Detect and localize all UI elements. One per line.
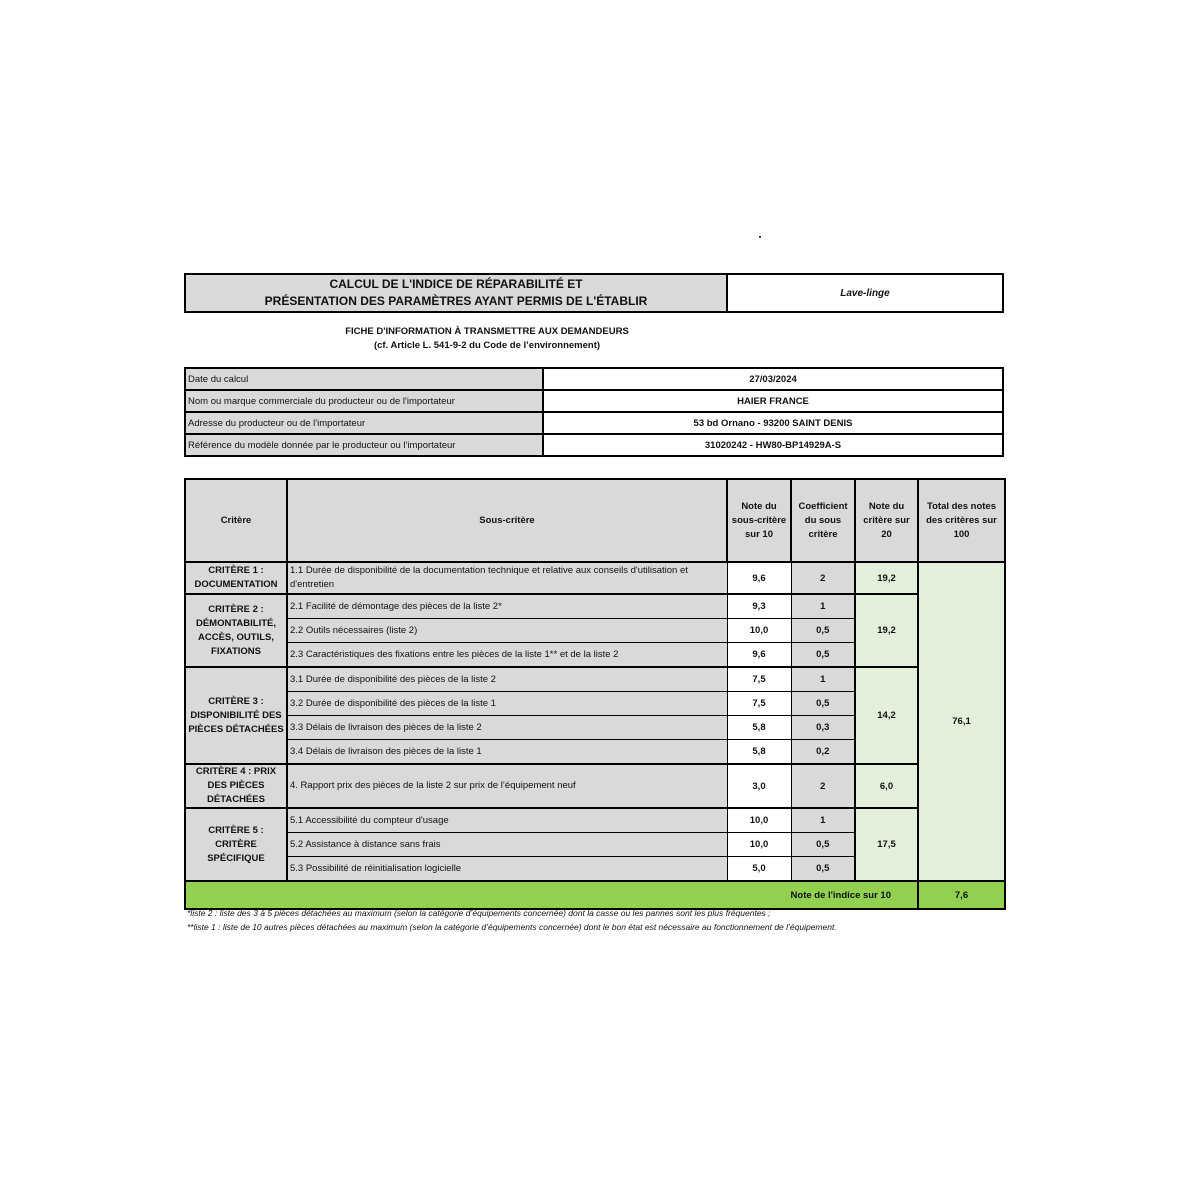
table-header-row: Critère Sous-critère Note du sous-critèr…: [185, 479, 1005, 562]
sub-criterion-label: 2.2 Outils nécessaires (liste 2): [287, 619, 727, 643]
header-sous-critere: Sous-critère: [287, 479, 727, 562]
sub-criterion-note: 10,0: [727, 833, 791, 857]
sub-criterion-note: 10,0: [727, 619, 791, 643]
info-value: 53 bd Ornano - 93200 SAINT DENIS: [543, 412, 1003, 434]
info-value: 27/03/2024: [543, 368, 1003, 390]
sub-criterion-label: 4. Rapport prix des pièces de la liste 2…: [287, 764, 727, 808]
info-label: Nom ou marque commerciale du producteur …: [185, 390, 543, 412]
title-line-2: PRÉSENTATION DES PARAMÈTRES AYANT PERMIS…: [186, 293, 726, 310]
document-title: CALCUL DE L'INDICE DE RÉPARABILITÉ ET PR…: [185, 274, 727, 312]
sub-criterion-label: 2.1 Facilité de démontage des pièces de …: [287, 594, 727, 619]
criterion-label: CRITÈRE 3 : DISPONIBILITÉ DES PIÈCES DÉT…: [185, 667, 287, 764]
sub-criterion-coefficient: 0,5: [791, 692, 855, 716]
sub-criterion-coefficient: 2: [791, 764, 855, 808]
criterion-label: CRITÈRE 1 : DOCUMENTATION: [185, 562, 287, 594]
header-critere: Critère: [185, 479, 287, 562]
sub-criterion-note: 10,0: [727, 808, 791, 833]
criterion-label: CRITÈRE 5 : CRITÈRE SPÉCIFIQUE: [185, 808, 287, 881]
sub-criterion-note: 3,0: [727, 764, 791, 808]
sub-criterion-label: 3.4 Délais de livraison des pièces de la…: [287, 740, 727, 765]
criterion-note-20: 14,2: [855, 667, 918, 764]
criterion-note-20: 17,5: [855, 808, 918, 881]
criterion-note-20: 19,2: [855, 594, 918, 667]
header-coefficient: Coefficient du sous critère: [791, 479, 855, 562]
table-row: CRITÈRE 4 : PRIX DES PIÈCES DÉTACHÉES4. …: [185, 764, 1005, 808]
info-label: Adresse du producteur ou de l'importateu…: [185, 412, 543, 434]
sub-criterion-coefficient: 2: [791, 562, 855, 594]
sub-criterion-coefficient: 0,5: [791, 643, 855, 668]
criterion-label: CRITÈRE 4 : PRIX DES PIÈCES DÉTACHÉES: [185, 764, 287, 808]
sub-criterion-note: 9,6: [727, 562, 791, 594]
title-line-1: CALCUL DE L'INDICE DE RÉPARABILITÉ ET: [186, 276, 726, 293]
criterion-note-20: 6,0: [855, 764, 918, 808]
final-score-value: 7,6: [918, 881, 1005, 909]
sub-criterion-coefficient: 1: [791, 667, 855, 692]
sub-criterion-label: 3.3 Délais de livraison des pièces de la…: [287, 716, 727, 740]
subtitle-line-2: (cf. Article L. 541-9-2 du Code de l’env…: [184, 339, 790, 353]
info-value: 31020242 - HW80-BP14929A-S: [543, 434, 1003, 456]
title-block: CALCUL DE L'INDICE DE RÉPARABILITÉ ET PR…: [184, 273, 1004, 313]
footnote-liste-2: *liste 2 : liste des 3 à 5 pièces détach…: [187, 906, 837, 920]
subtitle-line-1: FICHE D'INFORMATION À TRANSMETTRE AUX DE…: [184, 325, 790, 339]
info-label: Référence du modèle donnée par le produc…: [185, 434, 543, 456]
header-note-sous-critere: Note du sous-critère sur 10: [727, 479, 791, 562]
info-label: Date du calcul: [185, 368, 543, 390]
stray-dot: [759, 236, 761, 238]
total-score-100: 76,1: [918, 562, 1005, 881]
sub-criterion-note: 5,8: [727, 740, 791, 765]
sub-criterion-coefficient: 0,5: [791, 833, 855, 857]
sub-criterion-note: 9,6: [727, 643, 791, 668]
sub-criterion-coefficient: 1: [791, 594, 855, 619]
info-row: Adresse du producteur ou de l'importateu…: [185, 412, 1003, 434]
criterion-label: CRITÈRE 2 : DÉMONTABILITÉ, ACCÈS, OUTILS…: [185, 594, 287, 667]
header-total: Total des notes des critères sur 100: [918, 479, 1005, 562]
sub-criterion-coefficient: 0,2: [791, 740, 855, 765]
sub-criterion-coefficient: 1: [791, 808, 855, 833]
sub-criterion-note: 5,8: [727, 716, 791, 740]
sub-criterion-coefficient: 0,5: [791, 619, 855, 643]
sub-criterion-note: 7,5: [727, 667, 791, 692]
info-row: Date du calcul27/03/2024: [185, 368, 1003, 390]
info-row: Nom ou marque commerciale du producteur …: [185, 390, 1003, 412]
info-value: HAIER FRANCE: [543, 390, 1003, 412]
sub-criterion-coefficient: 0,3: [791, 716, 855, 740]
info-row: Référence du modèle donnée par le produc…: [185, 434, 1003, 456]
header-note-critere: Note du critère sur 20: [855, 479, 918, 562]
sub-criterion-label: 2.3 Caractéristiques des fixations entre…: [287, 643, 727, 668]
table-row: CRITÈRE 5 : CRITÈRE SPÉCIFIQUE5.1 Access…: [185, 808, 1005, 833]
sub-criterion-note: 5,0: [727, 857, 791, 882]
final-score-row: Note de l'indice sur 10 7,6: [185, 881, 1005, 909]
info-table: Date du calcul27/03/2024Nom ou marque co…: [184, 367, 1004, 457]
table-row: CRITÈRE 3 : DISPONIBILITÉ DES PIÈCES DÉT…: [185, 667, 1005, 692]
sub-criterion-coefficient: 0,5: [791, 857, 855, 882]
table-row: CRITÈRE 1 : DOCUMENTATION1.1 Durée de di…: [185, 562, 1005, 594]
sub-criterion-label: 3.2 Durée de disponibilité des pièces de…: [287, 692, 727, 716]
sub-criterion-label: 5.3 Possibilité de réinitialisation logi…: [287, 857, 727, 882]
sub-criterion-label: 3.1 Durée de disponibilité des pièces de…: [287, 667, 727, 692]
sub-criterion-label: 5.1 Accessibilité du compteur d'usage: [287, 808, 727, 833]
repairability-table: Critère Sous-critère Note du sous-critèr…: [184, 478, 1006, 910]
sub-criterion-label: 1.1 Durée de disponibilité de la documen…: [287, 562, 727, 594]
table-row: CRITÈRE 2 : DÉMONTABILITÉ, ACCÈS, OUTILS…: [185, 594, 1005, 619]
final-score-label: Note de l'indice sur 10: [185, 881, 918, 909]
footnote-liste-1: **liste 1 : liste de 10 autres pièces dé…: [187, 920, 837, 934]
footnotes: *liste 2 : liste des 3 à 5 pièces détach…: [187, 906, 837, 934]
criterion-note-20: 19,2: [855, 562, 918, 594]
sub-criterion-note: 9,3: [727, 594, 791, 619]
product-type: Lave-linge: [727, 274, 1003, 312]
sub-criterion-label: 5.2 Assistance à distance sans frais: [287, 833, 727, 857]
sub-criterion-note: 7,5: [727, 692, 791, 716]
subtitle: FICHE D'INFORMATION À TRANSMETTRE AUX DE…: [184, 325, 790, 353]
